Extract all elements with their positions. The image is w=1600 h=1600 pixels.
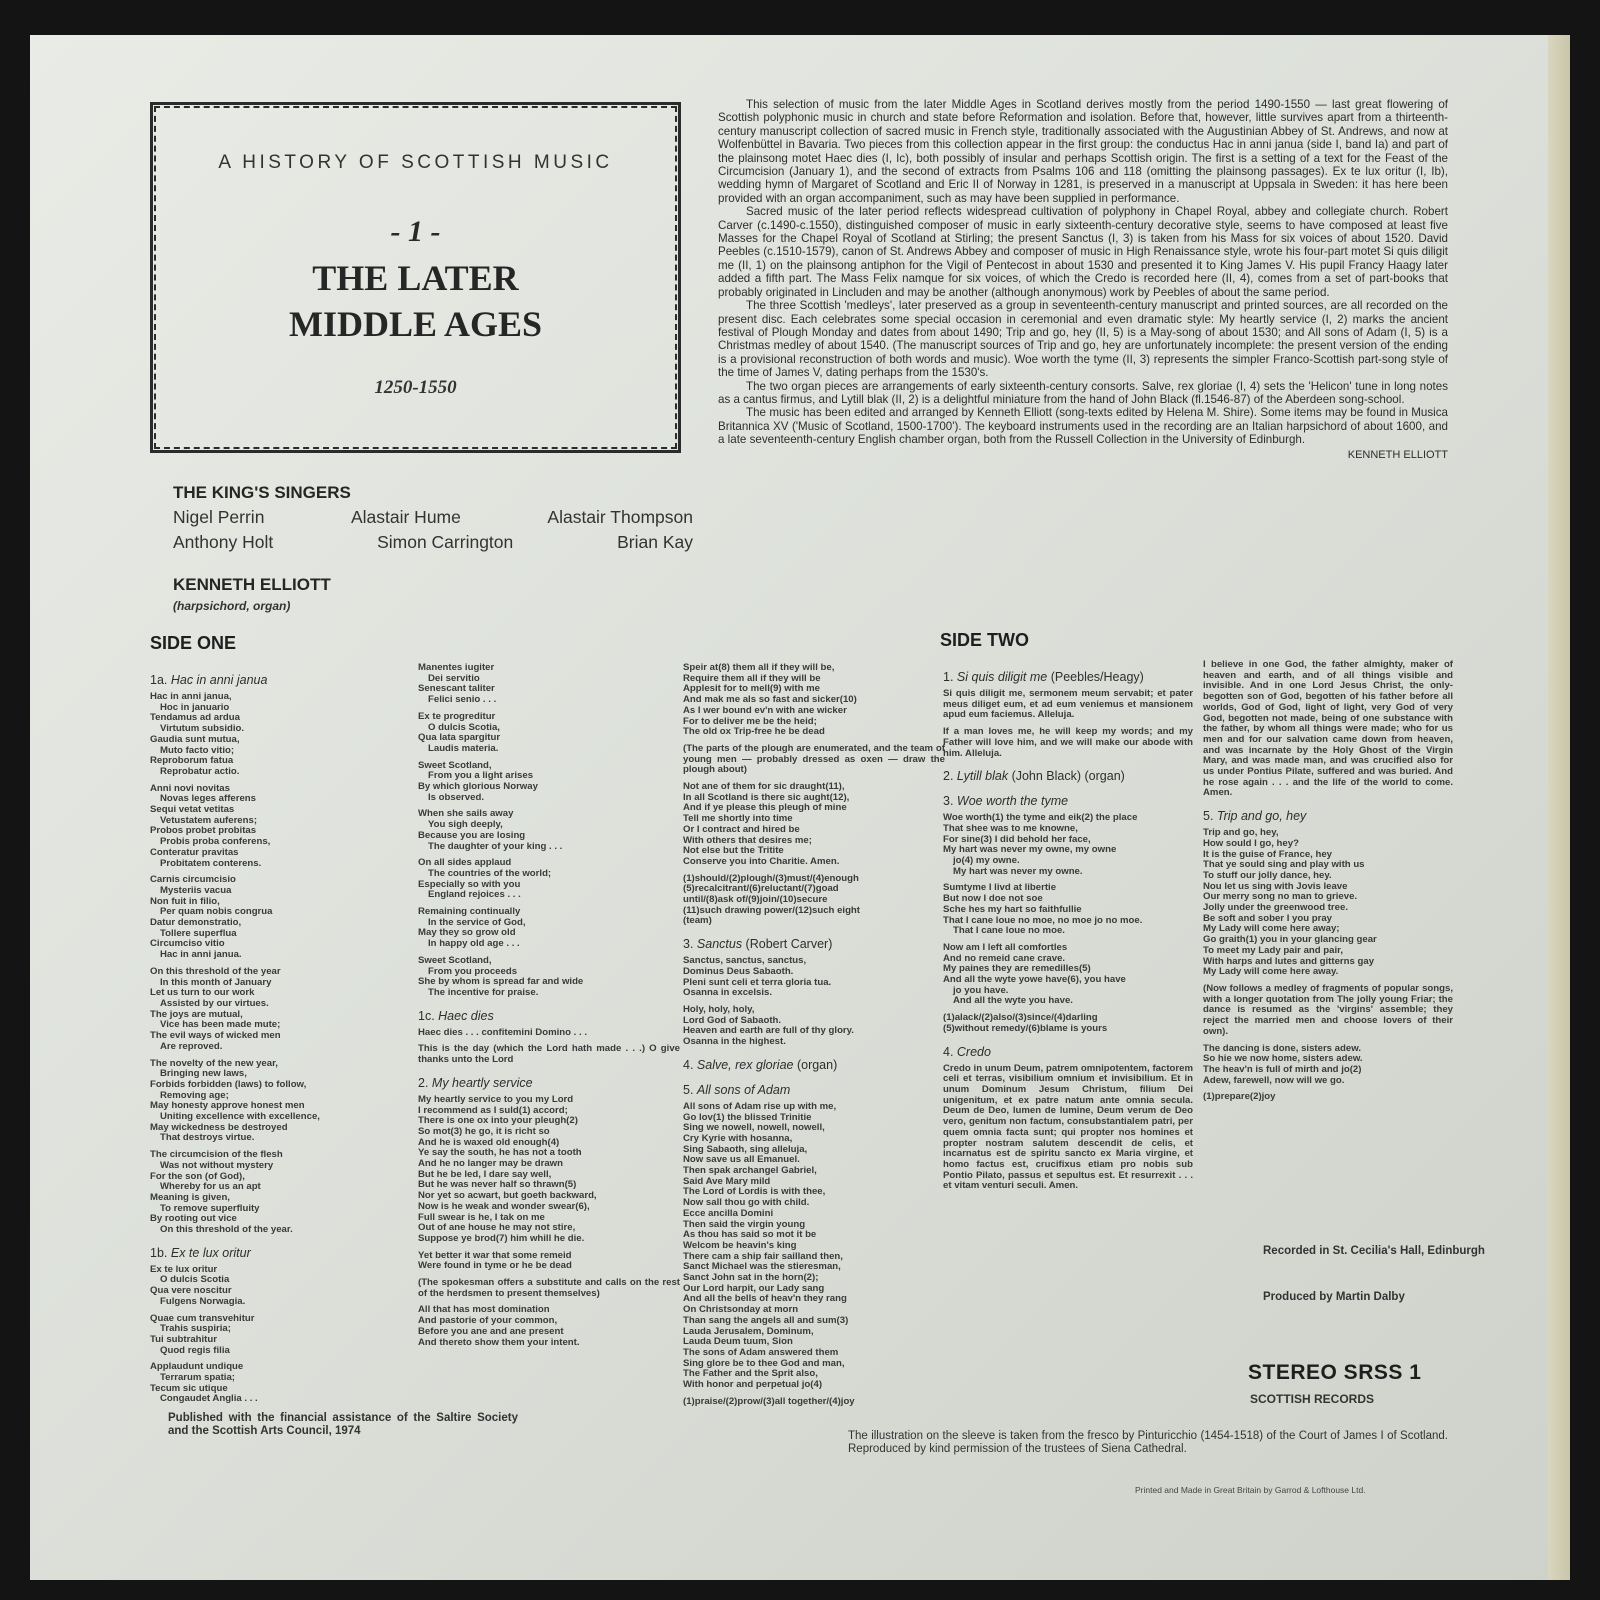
lyric-stanza: When she sails awayYou sigh deeply,Becau… xyxy=(418,809,680,852)
lyric-line: Osanna in excelsis. xyxy=(683,988,945,999)
notes-paragraph: This selection of music from the later M… xyxy=(718,98,1448,205)
lyric-paragraph: (The spokesman offers a substitute and c… xyxy=(418,1278,680,1299)
track-heading: 1b. Ex te lux oritur xyxy=(150,1246,415,1261)
lyric-line: On this threshold of the year xyxy=(150,967,415,978)
lyric-stanza: On all sides applaudThe countries of the… xyxy=(418,858,680,901)
lyric-stanza: All sons of Adam rise up with me,Go lov(… xyxy=(683,1102,945,1391)
lyric-line: And all the wyte you have. xyxy=(943,996,1193,1007)
lyric-stanza: Yet better it war that some remeidWere f… xyxy=(418,1251,680,1272)
lyric-line: To meet my Lady pair and pair, xyxy=(1203,946,1453,957)
lyric-stanza: On this threshold of the yearIn this mon… xyxy=(150,967,415,1053)
lyric-line: The old ox Trip-free he be dead xyxy=(683,727,945,738)
ensemble-name: THE KING'S SINGERS xyxy=(173,483,693,503)
lyric-line: So mot(3) he go, it is richt so xyxy=(418,1127,680,1138)
lyric-line: Than sang the angels all and sum(3) xyxy=(683,1316,945,1327)
lyric-line: (1)prepare(2)joy xyxy=(1203,1092,1453,1103)
lyric-line: My hart was never my owne. xyxy=(943,867,1193,878)
lyric-paragraph: Si quis diligit me, sermonem meum servab… xyxy=(943,689,1193,721)
printer-credit: Printed and Made in Great Britain by Gar… xyxy=(1135,1485,1366,1495)
singer-name: Brian Kay xyxy=(617,532,693,553)
lyric-line: On this threshold of the year. xyxy=(150,1225,415,1236)
side-one-column-3: Speir at(8) them all if they will be,Req… xyxy=(683,663,945,1413)
lyric-line: Sche hes my hart so faithfullie xyxy=(943,905,1193,916)
lyric-stanza: (1)should/(2)plough/(3)must/(4)enough(5)… xyxy=(683,874,945,928)
singer-name: Alastair Hume xyxy=(351,507,461,528)
lyric-line: All sons of Adam rise up with me, xyxy=(683,1102,945,1113)
singer-name: Simon Carrington xyxy=(377,532,513,553)
track-heading: 5. Trip and go, hey xyxy=(1203,809,1453,824)
lyric-line: In happy old age . . . xyxy=(418,939,680,950)
lyric-stanza: The circumcision of the fleshWas not wit… xyxy=(150,1150,415,1236)
track-heading: 1. Si quis diligit me (Peebles/Heagy) xyxy=(943,670,1193,685)
lyric-line: Before you ane and ane present xyxy=(418,1327,680,1338)
lyric-stanza: The dancing is done, sisters adew.So hie… xyxy=(1203,1044,1453,1087)
keyboard-player: KENNETH ELLIOTT xyxy=(173,575,693,595)
lyric-line: Or I contract and hired be xyxy=(683,825,945,836)
lyric-line: Cry Kyrie with hosanna, xyxy=(683,1134,945,1145)
lyric-line: That destroys virtue. xyxy=(150,1133,415,1144)
lyric-stanza: My heartly service to you my LordI recom… xyxy=(418,1095,680,1245)
producer-credit: Produced by Martin Dalby xyxy=(1263,1291,1405,1303)
lyric-line: That I cane loue no moe. xyxy=(943,926,1193,937)
lyric-stanza: Ex te lux oriturO dulcis ScotiaQua vere … xyxy=(150,1265,415,1308)
lyric-line: (5)without remedy/(6)blame is yours xyxy=(943,1024,1193,1035)
track-heading: 2. Lytill blak (John Black) (organ) xyxy=(943,769,1193,784)
lyric-line: Osanna in the highest. xyxy=(683,1037,945,1048)
date-range: 1250-1550 xyxy=(153,377,678,399)
track-heading: 4. Credo xyxy=(943,1045,1193,1060)
lyric-line: Reprobatur actio. xyxy=(150,767,415,778)
lyric-stanza: Woe worth(1) the tyme and eik(2) the pla… xyxy=(943,813,1193,877)
track-heading: 1c. Haec dies xyxy=(418,1009,680,1024)
lyric-stanza: Remaining continuallyIn the service of G… xyxy=(418,907,680,950)
lyric-line: Laudis materia. xyxy=(418,744,680,755)
lyric-line: Is observed. xyxy=(418,793,680,804)
lyric-stanza: Carnis circumcisioMysteriis vacuaNon fui… xyxy=(150,875,415,961)
lyric-line: Were found in tyme or he be dead xyxy=(418,1261,680,1272)
lyric-line: The incentive for praise. xyxy=(418,988,680,999)
illustration-credit: The illustration on the sleeve is taken … xyxy=(848,1430,1448,1455)
lyric-line: Adew, farewell, now will we go. xyxy=(1203,1076,1453,1087)
lyric-line: Because you are losing xyxy=(418,831,680,842)
lyric-line: Dominus Deus Sabaoth. xyxy=(683,967,945,978)
lyric-line: Probitatem conterens. xyxy=(150,859,415,870)
lyric-stanza: (1)prepare(2)joy xyxy=(1203,1092,1453,1103)
lyric-line: Gaudia sunt mutua, xyxy=(150,735,415,746)
lyric-line: Ex te progreditur xyxy=(418,712,680,723)
notes-paragraph: The music has been edited and arranged b… xyxy=(718,406,1448,446)
lyric-stanza: The novelty of the new year,Bringing new… xyxy=(150,1059,415,1145)
volume-number: - 1 - xyxy=(153,215,678,249)
lyric-paragraph: If a man loves me, he will keep my words… xyxy=(943,727,1193,759)
lyric-line: Hac in anni janua. xyxy=(150,950,415,961)
album-title-line1: THE LATER xyxy=(153,255,678,301)
lyric-line: Conteratur pravitas xyxy=(150,848,415,859)
track-heading: 1a. Hac in anni janua xyxy=(150,673,415,688)
lyric-line: As I wer bound ev'n with ane wicker xyxy=(683,706,945,717)
notes-paragraph: The three Scottish 'medleys', later pres… xyxy=(718,299,1448,379)
record-label: SCOTTISH RECORDS xyxy=(1250,1392,1374,1406)
lyric-stanza: Sanctus, sanctus, sanctus,Dominus Deus S… xyxy=(683,956,945,999)
notes-paragraph: The two organ pieces are arrangements of… xyxy=(718,380,1448,407)
side-two-column-1: 1. Si quis diligit me (Peebles/Heagy)Si … xyxy=(943,660,1193,1198)
lyric-stanza: All that has most dominationAnd pastorie… xyxy=(418,1305,680,1348)
side-one-column-2: Manentes iugiterDei servitioSenescant ta… xyxy=(418,663,680,1354)
notes-signature: KENNETH ELLIOTT xyxy=(718,449,1448,462)
lyric-stanza: (1)alack/(2)also/(3)since/(4)darling(5)w… xyxy=(943,1013,1193,1034)
lyric-line: With honor and perpetual jo(4) xyxy=(683,1380,945,1391)
side-one-column-1: 1a. Hac in anni januaHac in anni janua,H… xyxy=(150,663,415,1411)
lyric-stanza: Haec dies . . . confitemini Domino . . . xyxy=(418,1028,680,1039)
lyric-line: (1)praise/(2)prow/(3)all together/(4)joy xyxy=(683,1397,945,1408)
series-title: A HISTORY OF SCOTTISH MUSIC xyxy=(153,152,678,174)
lyric-line: Congaudet Anglia . . . xyxy=(150,1394,415,1405)
notes-paragraph: Sacred music of the later period reflect… xyxy=(718,205,1448,299)
lyric-line: Suppose ye brod(7) him whill he die. xyxy=(418,1234,680,1245)
lyric-line: (11)such drawing power/(12)such eight xyxy=(683,906,945,917)
lyric-stanza: (1)praise/(2)prow/(3)all together/(4)joy xyxy=(683,1397,945,1408)
lyric-stanza: Hac in anni janua,Hoc in januarioTendamu… xyxy=(150,692,415,778)
lyric-line: England rejoices . . . xyxy=(418,890,680,901)
lyric-stanza: Sweet Scotland,From you a light arisesBy… xyxy=(418,761,680,804)
lyric-stanza: Quae cum transvehiturTrahis suspiria;Tui… xyxy=(150,1314,415,1357)
lyric-line: Felici senio . . . xyxy=(418,695,680,706)
lyric-stanza: Sweet Scotland,From you proceedsShe by w… xyxy=(418,956,680,999)
lyric-stanza: Holy, holy, holy,Lord God of Sabaoth.Hea… xyxy=(683,1005,945,1048)
lyric-stanza: Ex te progrediturO dulcis Scotia,Qua lat… xyxy=(418,712,680,755)
singers-row-2: Anthony Holt Simon Carrington Brian Kay xyxy=(173,532,693,553)
track-heading: 4. Salve, rex gloriae (organ) xyxy=(683,1058,945,1073)
singer-name: Alastair Thompson xyxy=(547,507,693,528)
lyric-line: Quod regis filia xyxy=(150,1346,415,1357)
lyric-line: Sweet Scotland, xyxy=(418,956,680,967)
track-heading: 3. Sanctus (Robert Carver) xyxy=(683,937,945,952)
singer-name: Nigel Perrin xyxy=(173,507,264,528)
lyric-line: The heav'n is full of mirth and jo(2) xyxy=(1203,1065,1453,1076)
lyric-line: And thereto show them your intent. xyxy=(418,1338,680,1349)
lyric-paragraph: Credo in unum Deum, patrem omnipotentem,… xyxy=(943,1064,1193,1192)
lyric-paragraph: This is the day (which the Lord hath mad… xyxy=(418,1044,680,1065)
track-heading: 5. All sons of Adam xyxy=(683,1083,945,1098)
lyric-line: Haec dies . . . confitemini Domino . . . xyxy=(418,1028,680,1039)
lyric-line: My heartly service to you my Lord xyxy=(418,1095,680,1106)
album-title-line2: MIDDLE AGES xyxy=(153,301,678,347)
lyric-line: Ecce ancilla Domini xyxy=(683,1209,945,1220)
record-sleeve-back: A HISTORY OF SCOTTISH MUSIC - 1 - THE LA… xyxy=(30,35,1570,1580)
lyric-paragraph: (Now follows a medley of fragments of po… xyxy=(1203,984,1453,1038)
lyric-stanza: Applaudunt undiqueTerrarum spatia;Tecum … xyxy=(150,1362,415,1405)
recording-location: Recorded in St. Cecilia's Hall, Edinburg… xyxy=(1263,1245,1485,1258)
lyric-line: Was not without mystery xyxy=(150,1161,415,1172)
lyric-line: (team) xyxy=(683,916,945,927)
lyric-paragraph: (The parts of the plough are enumerated,… xyxy=(683,744,945,776)
sleeve-edge xyxy=(1548,35,1570,1580)
keyboard-instruments: (harpsichord, organ) xyxy=(173,599,693,613)
performer-credits: THE KING'S SINGERS Nigel Perrin Alastair… xyxy=(173,483,693,613)
lyric-line: Fulgens Norwagia. xyxy=(150,1297,415,1308)
singers-row-1: Nigel Perrin Alastair Hume Alastair Thom… xyxy=(173,507,693,528)
lyric-stanza: Anni novi novitasNovas leges afferensSeq… xyxy=(150,784,415,870)
liner-notes: This selection of music from the later M… xyxy=(718,98,1448,462)
track-heading: 2. My heartly service xyxy=(418,1076,680,1091)
lyric-stanza: Now am I left all comfortlesAnd no remei… xyxy=(943,943,1193,1007)
lyric-stanza: Not ane of them for sic draught(11),In a… xyxy=(683,782,945,868)
publication-credit: Published with the financial assistance … xyxy=(168,1412,518,1438)
lyric-line: My Lady will come here away. xyxy=(1203,967,1453,978)
lyric-line: The daughter of your king . . . xyxy=(418,842,680,853)
lyric-stanza: Trip and go, hey,How sould I go, hey?It … xyxy=(1203,828,1453,978)
album-title: THE LATER MIDDLE AGES xyxy=(153,255,678,347)
lyric-stanza: Sumtyme I livd at libertieBut now I doe … xyxy=(943,883,1193,937)
lyric-stanza: Speir at(8) them all if they will be,Req… xyxy=(683,663,945,738)
lyric-line: Are reproved. xyxy=(150,1042,415,1053)
track-heading: 3. Woe worth the tyme xyxy=(943,794,1193,809)
lyric-line: Now is he weak and wonder swear(6), xyxy=(418,1202,680,1213)
title-box: A HISTORY OF SCOTTISH MUSIC - 1 - THE LA… xyxy=(150,102,681,453)
side-two-column-2: I believe in one God, the father almight… xyxy=(1203,660,1453,1109)
catalogue-number: STEREO SRSS 1 xyxy=(1248,1361,1421,1385)
singer-name: Anthony Holt xyxy=(173,532,273,553)
lyric-paragraph: I believe in one God, the father almight… xyxy=(1203,660,1453,799)
side-one-heading: SIDE ONE xyxy=(150,633,236,654)
side-two-heading: SIDE TWO xyxy=(940,630,1029,651)
lyric-line: Conserve you into Charitie. Amen. xyxy=(683,857,945,868)
lyric-line: How sould I go, hey? xyxy=(1203,839,1453,850)
lyric-line: Forbids forbidden (laws) to follow, xyxy=(150,1080,415,1091)
lyric-stanza: Manentes iugiterDei servitioSenescant ta… xyxy=(418,663,680,706)
